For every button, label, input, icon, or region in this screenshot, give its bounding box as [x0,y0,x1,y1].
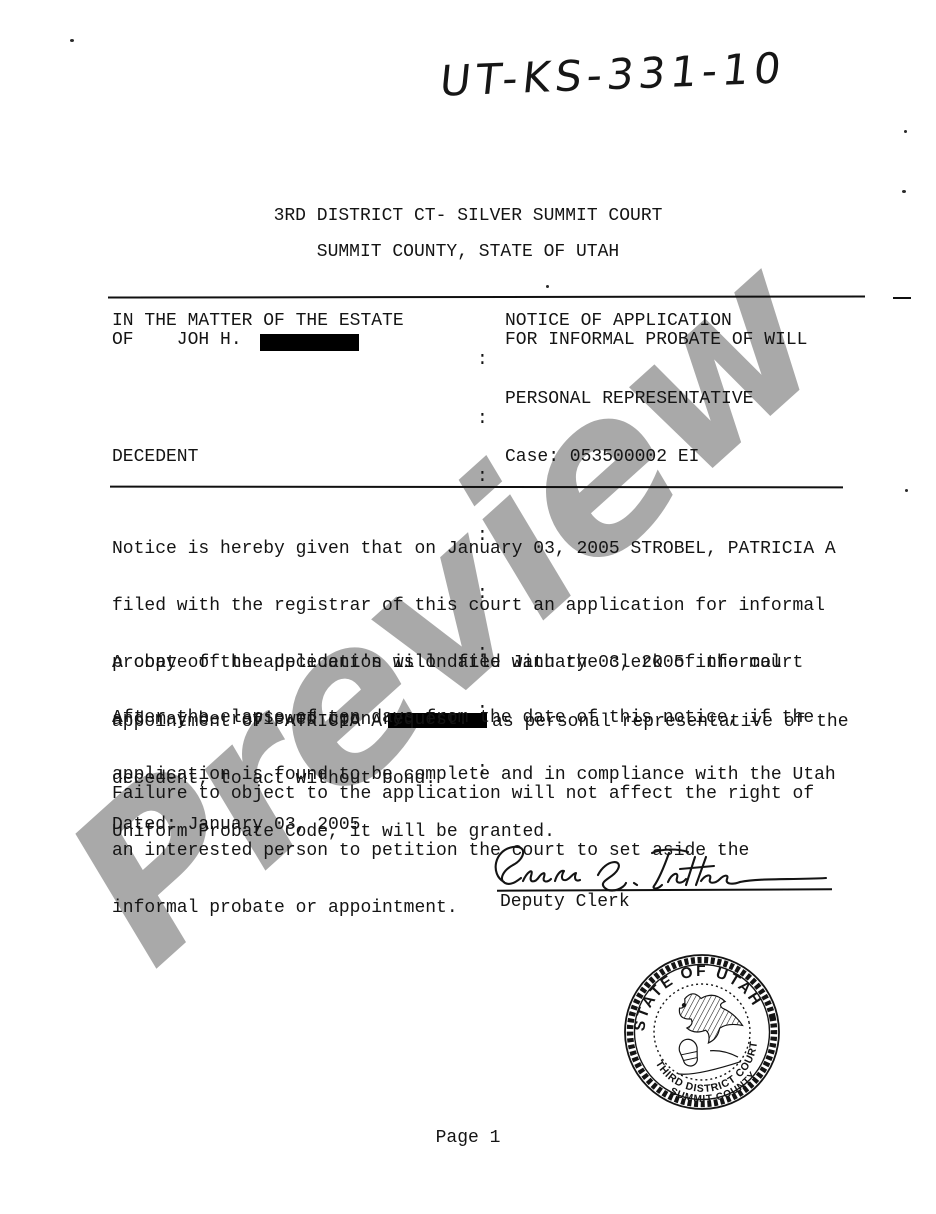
scan-speck [905,489,908,492]
caption-colon: : [477,468,542,488]
caption-decedent-label: DECEDENT [112,448,198,467]
seal-eagle-icon [663,985,751,1077]
page-number: Page 1 [0,1129,936,1148]
handwritten-exhibit-id: UT-KS-331-10 [438,43,789,106]
body-line: Failure to object to the application wil… [112,785,872,804]
body-line: After the elapse of ten days from the da… [112,709,872,728]
clerk-title: Deputy Clerk [500,893,630,912]
court-header-line1: 3RD DISTRICT CT- SILVER SUMMIT COURT [0,207,936,226]
caption-left-line1: IN THE MATTER OF THE ESTATE [112,312,404,331]
body-line: Notice is hereby given that on January 0… [112,540,872,559]
body-line: informal probate or appointment. [112,899,872,918]
caption-colon: : [477,410,542,430]
horizontal-rule-top [108,295,865,298]
court-seal: STATE OF UTAH THIRD DISTRICT COURT SUMMI… [602,932,802,1132]
scan-speck [902,190,906,193]
scan-speck [546,285,549,288]
caption-left-line2: OF JOH H. [112,331,242,350]
scan-speck [70,39,74,42]
caption-notice-title-line1: NOTICE OF APPLICATION [505,312,732,331]
court-header-line2: SUMMIT COUNTY, STATE OF UTAH [0,243,936,262]
horizontal-rule-top-tail [893,297,911,299]
caption-colon: : [477,351,542,371]
scan-speck [904,130,907,133]
horizontal-rule-bottom [110,486,843,489]
redaction-box-decedent-name [260,334,359,351]
document-content: UT-KS-331-10 3RD DISTRICT CT- SILVER SUM… [0,0,936,1214]
caption-notice-title-line2: FOR INFORMAL PROBATE OF WILL [505,331,807,350]
case-number: Case: 053500002 EI [505,448,699,467]
dated-line: Dated: January 03, 2005 [112,816,360,835]
caption-role-label: PERSONAL REPRESENTATIVE [505,390,753,409]
document-page: Preview UT-KS-331-10 3RD DISTRICT CT- SI… [0,0,936,1214]
body-line: filed with the registrar of this court a… [112,597,872,616]
